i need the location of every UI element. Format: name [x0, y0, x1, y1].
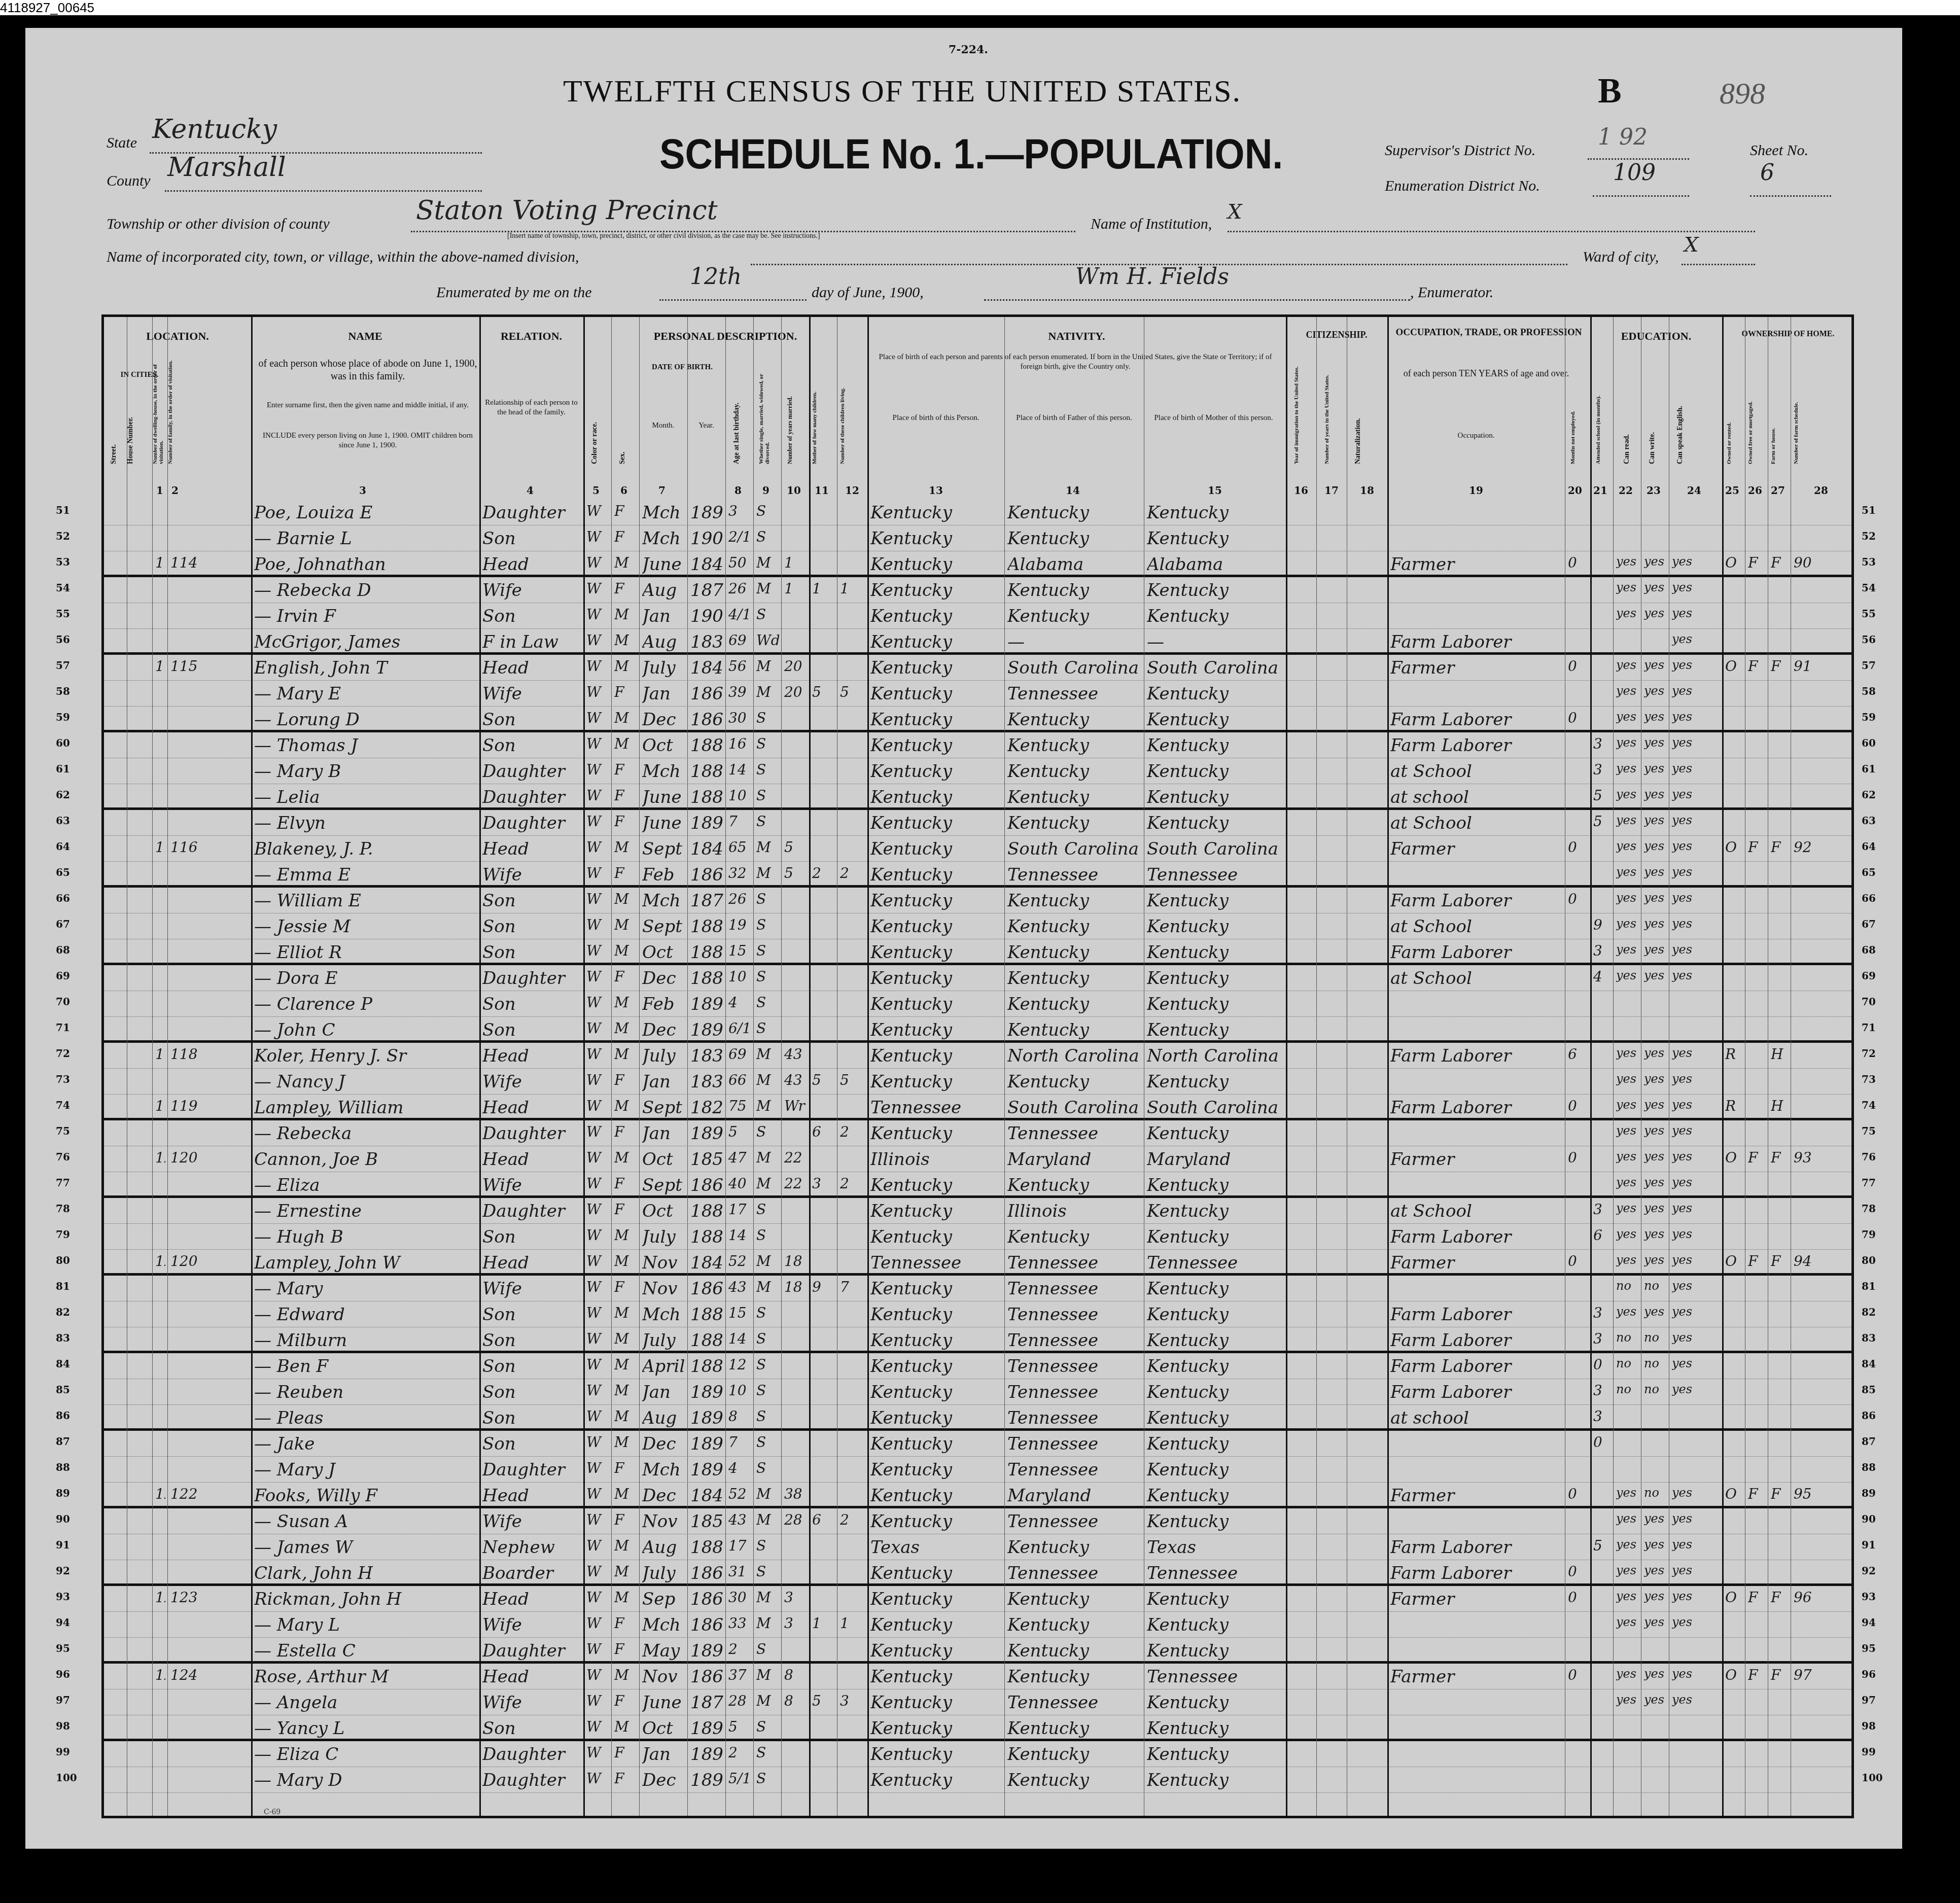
cell-year: 1898: [690, 1641, 723, 1661]
column-divider: [781, 317, 782, 1816]
cell-month: Jan: [642, 684, 685, 704]
cell-age: 69: [728, 1046, 751, 1063]
cell-read: yes: [1616, 1046, 1639, 1060]
cell-month: Jan: [642, 1382, 685, 1402]
cell-color: W: [586, 503, 609, 519]
cell-read: yes: [1616, 891, 1639, 905]
cell-mpob: Maryland: [1147, 1149, 1284, 1170]
cell-fpob: Kentucky: [1007, 994, 1142, 1014]
column-divider: [639, 317, 640, 1816]
cell-name: — James W: [254, 1537, 477, 1558]
cell-mo: 5: [812, 1072, 835, 1088]
cell-mpob: —: [1147, 632, 1284, 652]
cell-pob: Tennessee: [870, 1098, 1002, 1118]
cell-year: 1885: [690, 1227, 723, 1247]
line-number: 60: [56, 737, 70, 749]
cell-month: Aug: [642, 632, 685, 652]
cell-age: 12: [728, 1356, 751, 1373]
table-row: — Mary EWifeWFJan186139M2055KentuckyTenn…: [104, 681, 1851, 707]
cell-speak: yes: [1672, 606, 1720, 620]
years-in-us-header: Number of years in the United States.: [1324, 353, 1330, 464]
cell-pob: Kentucky: [870, 1020, 1002, 1040]
cell-unemp: 0: [1568, 839, 1588, 856]
cell-unemp: 0: [1568, 891, 1588, 907]
enumerator-name: Wm H. Fields: [1075, 264, 1229, 290]
cell-mar: Wd: [756, 632, 779, 649]
cell-fpob: Tennessee: [1007, 1408, 1142, 1428]
cell-fpob: Kentucky: [1007, 503, 1142, 523]
year-header: Year.: [687, 421, 725, 431]
cell-unemp: 0: [1568, 1486, 1588, 1502]
line-number: 52: [56, 530, 70, 542]
cell-own: O: [1725, 1589, 1743, 1606]
line-number: 80: [56, 1254, 70, 1266]
cell-farm: F: [1771, 1589, 1789, 1606]
cell-speak: yes: [1672, 1305, 1720, 1319]
cell-ym: 3: [784, 1589, 807, 1606]
cell-fpob: Kentucky: [1007, 1020, 1142, 1040]
cell-fpob: Kentucky: [1007, 1615, 1142, 1635]
line-number: 94: [56, 1616, 70, 1629]
cell-name: — Hugh B: [254, 1227, 477, 1247]
cell-month: July: [642, 1330, 685, 1351]
cell-mar: S: [756, 787, 779, 804]
cell-age: 7: [728, 813, 751, 830]
line-number: 51: [1862, 504, 1876, 516]
cell-month: May: [642, 1641, 685, 1661]
years-married-header: Number of years married.: [786, 358, 794, 464]
column-divider: [1347, 317, 1347, 1816]
cell-own: R: [1725, 1098, 1743, 1114]
line-number: 66: [56, 892, 70, 904]
column-number: 7: [654, 484, 670, 497]
cell-rel: Head: [482, 554, 581, 575]
cell-sex: M: [614, 1330, 637, 1347]
cell-year: 1895: [690, 1123, 723, 1144]
line-number: 92: [56, 1565, 70, 1577]
cell-fam: 118: [170, 1046, 249, 1063]
cell-month: Sept: [642, 1098, 685, 1118]
cell-name: — Yancy L: [254, 1718, 477, 1739]
cell-write: yes: [1644, 1563, 1667, 1577]
cell-color: W: [586, 1279, 609, 1295]
cell-month: Dec: [642, 710, 685, 730]
column-divider: [251, 317, 253, 1816]
cell-sex: M: [614, 942, 637, 959]
cell-rel: F in Law: [482, 632, 581, 652]
cell-year: 1889: [690, 787, 723, 807]
table-row: — ReubenSonWMJan189010SKentuckyTennessee…: [104, 1379, 1851, 1405]
column-divider: [725, 317, 726, 1816]
cell-write: no: [1644, 1279, 1667, 1293]
cell-name: Poe, Johnathan: [254, 554, 477, 575]
cell-color: W: [586, 580, 609, 597]
cell-write: yes: [1644, 1175, 1667, 1189]
line-number: 57: [1862, 659, 1876, 672]
cell-color: W: [586, 1770, 609, 1787]
line-number: 53: [56, 556, 70, 568]
cell-color: W: [586, 1123, 609, 1140]
cell-free: F: [1748, 1667, 1766, 1683]
cell-own: O: [1725, 554, 1743, 571]
cell-ym: 1: [784, 580, 807, 597]
cell-write: yes: [1644, 761, 1667, 776]
cell-mar: S: [756, 994, 779, 1011]
cell-occ: Farmer: [1390, 1589, 1563, 1609]
cell-mar: S: [756, 1641, 779, 1658]
cell-occ: at School: [1390, 917, 1563, 937]
cell-rel: Son: [482, 606, 581, 626]
enumeration-label: Enumeration District No.: [1385, 178, 1540, 195]
table-row: — EdwardSonWMMch188515SKentuckyTennessee…: [104, 1301, 1851, 1327]
cell-unemp: 0: [1568, 1589, 1588, 1606]
cell-dw: 114: [155, 554, 165, 571]
column-divider: [1004, 317, 1005, 1816]
footer-code: C-69: [264, 1808, 281, 1816]
cell-mo: 9: [812, 1279, 835, 1295]
line-number: 51: [56, 504, 70, 516]
cell-free: F: [1748, 1253, 1766, 1270]
sheet-line: [1750, 195, 1831, 197]
cell-write: yes: [1644, 580, 1667, 594]
line-number: 95: [1862, 1642, 1876, 1654]
cell-color: W: [586, 1511, 609, 1528]
cell-write: yes: [1644, 891, 1667, 905]
cell-pob: Kentucky: [870, 839, 1002, 859]
column-number: 10: [786, 484, 801, 497]
cell-rel: Son: [482, 917, 581, 937]
cell-rel: Wife: [482, 1279, 581, 1299]
cell-farm: F: [1771, 1667, 1789, 1683]
cell-sched: 90: [1794, 554, 1854, 571]
cell-mar: M: [756, 1511, 779, 1528]
cell-sex: F: [614, 1123, 637, 1140]
table-row: — Mary BDaughterWFMch188614SKentuckyKent…: [104, 758, 1851, 784]
cell-year: 1900: [690, 606, 723, 626]
cell-pob: Kentucky: [870, 1408, 1002, 1428]
cell-fpob: Tennessee: [1007, 1279, 1142, 1299]
sheet-label: Sheet No.: [1750, 142, 1808, 159]
line-number: 65: [56, 866, 70, 878]
cell-write: yes: [1644, 684, 1667, 698]
ownership-header: OWNERSHIP OF HOME.: [1722, 330, 1854, 339]
cell-fpob: Tennessee: [1007, 1305, 1142, 1325]
cell-pob: Kentucky: [870, 1330, 1002, 1351]
table-row: — Elliot RSonWMOct188415SKentuckyKentuck…: [104, 939, 1851, 965]
cell-pob: Kentucky: [870, 942, 1002, 963]
cell-ym: 18: [784, 1279, 807, 1295]
cell-farm: H: [1771, 1046, 1789, 1063]
line-number: 77: [56, 1177, 70, 1189]
cell-rel: Daughter: [482, 1744, 581, 1765]
cell-sex: M: [614, 606, 637, 623]
cell-fpob: Tennessee: [1007, 1693, 1142, 1713]
cell-read: yes: [1616, 710, 1639, 724]
cell-color: W: [586, 787, 609, 804]
cell-dw: 120: [155, 1149, 165, 1166]
cell-month: Dec: [642, 1434, 685, 1454]
cell-mpob: Kentucky: [1147, 1408, 1284, 1428]
cell-mar: M: [756, 684, 779, 700]
nativity-description: Place of birth of each person and parent…: [872, 353, 1278, 372]
cell-mar: M: [756, 1486, 779, 1502]
cell-sex: F: [614, 787, 637, 804]
column-number: 17: [1324, 484, 1339, 497]
cell-mar: S: [756, 1201, 779, 1218]
cell-name: — Emma E: [254, 865, 477, 885]
cell-year: 1897: [690, 503, 723, 523]
cell-color: W: [586, 735, 609, 752]
cell-color: W: [586, 1460, 609, 1476]
table-row: 120120Cannon, Joe BHeadWMOct185347M22Ill…: [104, 1146, 1851, 1172]
cell-name: Rickman, John H: [254, 1589, 477, 1609]
cell-rel: Son: [482, 891, 581, 911]
cell-sex: M: [614, 1149, 637, 1166]
cell-speak: yes: [1672, 684, 1720, 698]
cell-age: 2/12: [728, 528, 751, 545]
cell-color: W: [586, 632, 609, 649]
table-row: Clark, John HBoarderWMJuly186831SKentuck…: [104, 1560, 1851, 1586]
cell-write: yes: [1644, 1123, 1667, 1138]
day-line: [659, 299, 807, 301]
line-number: 77: [1862, 1177, 1876, 1189]
cell-school: 3: [1593, 1330, 1611, 1347]
cell-mar: S: [756, 1718, 779, 1735]
cell-write: yes: [1644, 735, 1667, 750]
cell-occ: Farm Laborer: [1390, 1356, 1563, 1377]
line-number: 95: [56, 1642, 70, 1654]
cell-month: July: [642, 1563, 685, 1583]
cell-year: 1825: [690, 1098, 723, 1118]
cell-ym: 20: [784, 658, 807, 675]
cell-year: 1844: [690, 839, 723, 859]
cell-fpob: Kentucky: [1007, 735, 1142, 756]
cell-month: July: [642, 1227, 685, 1247]
cell-pob: Kentucky: [870, 891, 1002, 911]
cell-month: Oct: [642, 1718, 685, 1739]
table-row: — Barnie LSonWFMch19002/12SKentuckyKentu…: [104, 525, 1851, 551]
cell-name: — Mary L: [254, 1615, 477, 1635]
line-number: 84: [56, 1358, 70, 1370]
column-divider: [1387, 317, 1389, 1816]
ward-value: X: [1684, 233, 1698, 257]
cell-year: 1849: [690, 554, 723, 575]
cell-name: Rose, Arthur M: [254, 1667, 477, 1687]
column-divider: [479, 317, 481, 1816]
line-number: 66: [1862, 892, 1876, 904]
cell-dw: 123: [155, 1589, 165, 1606]
line-number: 73: [1862, 1073, 1876, 1085]
cell-fpob: Kentucky: [1007, 1537, 1142, 1558]
cell-school: 0: [1593, 1356, 1611, 1373]
cell-sex: M: [614, 1589, 637, 1606]
table-header: LOCATION. IN CITIES. Street. House Numbe…: [104, 317, 1851, 479]
immigration-year-header: Year of immigration to the United States…: [1293, 353, 1300, 464]
column-divider: [583, 317, 585, 1816]
cell-sex: F: [614, 1744, 637, 1761]
cell-mar: S: [756, 1356, 779, 1373]
cell-month: July: [642, 1046, 685, 1066]
cell-year: 1896: [690, 994, 723, 1014]
cell-write: yes: [1644, 658, 1667, 672]
township-note: [Insert name of township, town, precinct…: [507, 232, 820, 240]
cell-mpob: Tennessee: [1147, 1563, 1284, 1583]
cell-sex: F: [614, 1693, 637, 1709]
cell-fpob: Kentucky: [1007, 1744, 1142, 1765]
line-number: 96: [56, 1668, 70, 1680]
cell-age: 6/12: [728, 1020, 751, 1037]
cell-rel: Son: [482, 1718, 581, 1739]
cell-age: 39: [728, 684, 751, 700]
cell-unemp: 6: [1568, 1046, 1588, 1063]
cell-color: W: [586, 554, 609, 571]
cell-pob: Texas: [870, 1537, 1002, 1558]
children-living-header: Number of these children living.: [839, 358, 846, 464]
cell-rel: Head: [482, 839, 581, 859]
line-number: 56: [1862, 633, 1876, 646]
cell-mar: S: [756, 1563, 779, 1580]
cell-farm: H: [1771, 1098, 1789, 1114]
cell-mpob: Kentucky: [1147, 1305, 1284, 1325]
cell-mpob: South Carolina: [1147, 839, 1284, 859]
cell-mo: 5: [812, 1693, 835, 1709]
cell-age: 50: [728, 554, 751, 571]
cell-color: W: [586, 1434, 609, 1451]
cell-age: 30: [728, 1589, 751, 1606]
cell-month: June: [642, 787, 685, 807]
cell-sex: M: [614, 1667, 637, 1683]
column-divider: [1669, 317, 1669, 1816]
cell-fpob: Kentucky: [1007, 1718, 1142, 1739]
line-number: 53: [1862, 556, 1876, 568]
cell-age: 52: [728, 1486, 751, 1502]
cell-read: yes: [1616, 761, 1639, 776]
supervisor-label: Supervisor's District No.: [1385, 142, 1535, 159]
cell-year: 1882: [690, 1201, 723, 1221]
cell-read: no: [1616, 1382, 1639, 1396]
cell-name: — William E: [254, 891, 477, 911]
table-row: — Estella CDaughterWFMay18982SKentuckyKe…: [104, 1638, 1851, 1664]
cell-rel: Son: [482, 735, 581, 756]
cell-read: yes: [1616, 1253, 1639, 1267]
cell-mar: S: [756, 1330, 779, 1347]
cell-month: Aug: [642, 580, 685, 601]
cell-rel: Head: [482, 1098, 581, 1118]
line-number: 60: [1862, 737, 1876, 749]
cell-name: — John C: [254, 1020, 477, 1040]
cell-age: 30: [728, 710, 751, 726]
line-number: 70: [1862, 996, 1876, 1008]
line-number: 78: [1862, 1203, 1876, 1215]
cell-year: 1883: [690, 735, 723, 756]
cell-age: 33: [728, 1615, 751, 1632]
file-id: 4118927_00645: [0, 0, 94, 16]
cell-write: yes: [1644, 813, 1667, 827]
cell-sex: M: [614, 710, 637, 726]
cell-mpob: Tennessee: [1147, 1667, 1284, 1687]
cell-sex: M: [614, 1305, 637, 1321]
cell-month: Dec: [642, 1770, 685, 1790]
cell-name: Fooks, Willy F: [254, 1486, 477, 1506]
cell-farm: F: [1771, 1486, 1789, 1502]
cell-year: 1834: [690, 1072, 723, 1092]
cell-school: 6: [1593, 1227, 1611, 1244]
cell-mar: S: [756, 1460, 779, 1476]
cell-pob: Kentucky: [870, 1460, 1002, 1480]
cell-mo: 6: [812, 1123, 835, 1140]
cell-occ: at school: [1390, 787, 1563, 807]
cell-color: W: [586, 1356, 609, 1373]
cell-ch: 5: [840, 1072, 865, 1088]
cell-age: 15: [728, 1305, 751, 1321]
cell-mar: S: [756, 1408, 779, 1425]
cell-mo: 2: [812, 865, 835, 882]
cell-color: W: [586, 658, 609, 675]
cell-pob: Kentucky: [870, 787, 1002, 807]
cell-farm: F: [1771, 1149, 1789, 1166]
cell-fpob: Kentucky: [1007, 1589, 1142, 1609]
column-number: 12: [845, 484, 860, 497]
cell-speak: yes: [1672, 1486, 1720, 1500]
cell-mar: M: [756, 580, 779, 597]
cell-fpob: Tennessee: [1007, 1253, 1142, 1273]
column-divider: [1791, 317, 1791, 1816]
cell-age: 75: [728, 1098, 751, 1114]
cell-mar: S: [756, 503, 779, 519]
line-number: 83: [56, 1332, 70, 1344]
cell-mar: M: [756, 1098, 779, 1114]
line-number: 55: [56, 608, 70, 620]
cell-rel: Son: [482, 994, 581, 1014]
line-number: 58: [1862, 685, 1876, 697]
cell-name: Poe, Louiza E: [254, 503, 477, 523]
line-number: 64: [1862, 840, 1876, 853]
column-number: 20: [1567, 484, 1583, 497]
line-number: 71: [56, 1021, 70, 1034]
cell-mar: M: [756, 1175, 779, 1192]
cell-mar: M: [756, 1149, 779, 1166]
column-divider: [867, 317, 869, 1816]
cell-write: yes: [1644, 1227, 1667, 1241]
cell-month: Oct: [642, 942, 685, 963]
cell-age: 15: [728, 942, 751, 959]
cell-age: 47: [728, 1149, 751, 1166]
cell-color: W: [586, 865, 609, 882]
line-number: 65: [1862, 866, 1876, 878]
cell-mar: M: [756, 1279, 779, 1295]
cell-age: 26: [728, 891, 751, 907]
table-row: — RebeckaDaughterWFJan18955S62KentuckyTe…: [104, 1120, 1851, 1146]
cell-name: Cannon, Joe B: [254, 1149, 477, 1170]
cell-color: W: [586, 1253, 609, 1270]
cell-year: 1830: [690, 632, 723, 652]
cell-month: Nov: [642, 1253, 685, 1273]
cell-dw: 116: [155, 839, 165, 856]
cell-write: no: [1644, 1356, 1667, 1370]
cell-color: W: [586, 1641, 609, 1658]
cell-age: 17: [728, 1537, 751, 1554]
cell-sex: M: [614, 1563, 637, 1580]
cell-farm: F: [1771, 658, 1789, 675]
cell-month: Mch: [642, 1305, 685, 1325]
cell-school: 3: [1593, 1382, 1611, 1399]
cell-fam: 123: [170, 1589, 249, 1606]
line-number: 93: [1862, 1591, 1876, 1603]
cell-year: 1847: [690, 1253, 723, 1273]
cell-speak: yes: [1672, 554, 1720, 569]
line-number: 100: [1862, 1772, 1883, 1784]
cell-ym: 38: [784, 1486, 807, 1502]
